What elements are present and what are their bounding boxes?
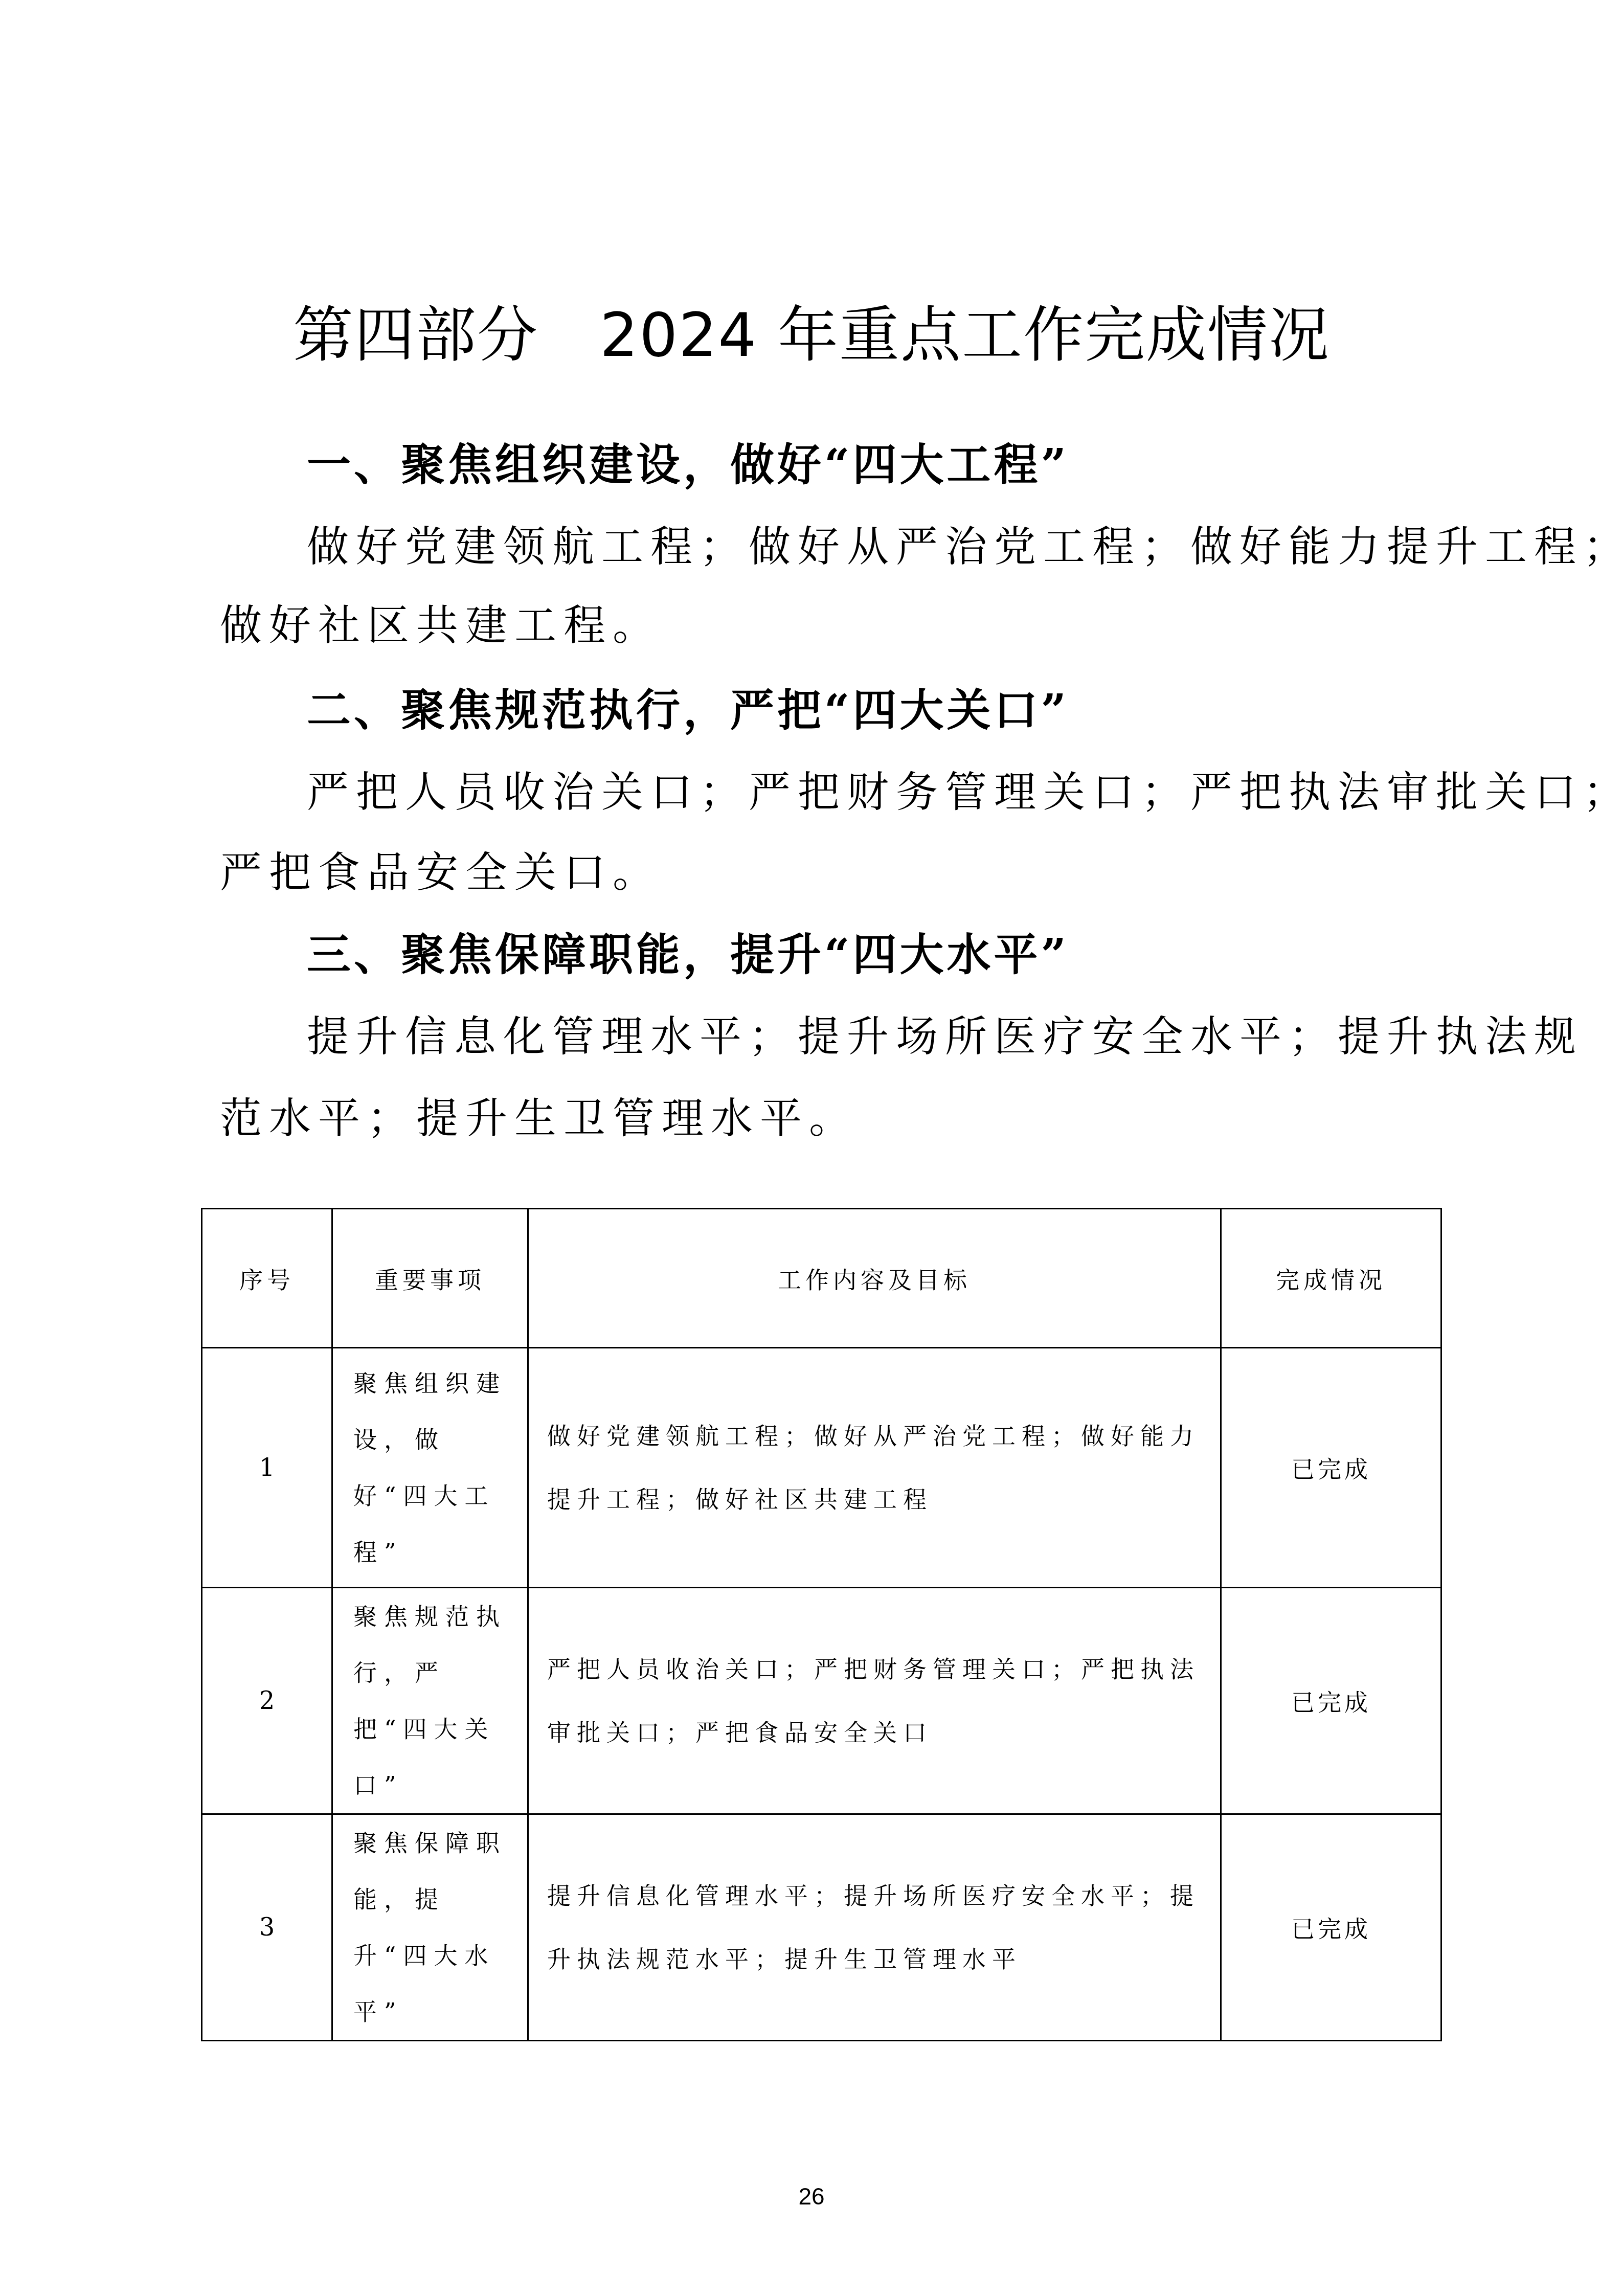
section-1-line-2: 做好社区共建工程。 — [220, 595, 662, 657]
row-item-cell: 聚焦组织建设，做好“四大工程” — [332, 1348, 528, 1588]
header-index-label: 序号 — [239, 1266, 295, 1294]
row-content-cell: 提升信息化管理水平；提升场所医疗安全水平；提升执法规范水平；提升生卫管理水平 — [528, 1814, 1221, 2041]
row-content-cell: 严把人员收治关口；严把财务管理关口；严把执法审批关口；严把食品安全关口 — [528, 1588, 1221, 1814]
section-heading-1: 一、聚焦组织建设，做好“四大工程” — [307, 437, 1069, 493]
section-heading-2: 二、聚焦规范执行，严把“四大关口” — [307, 683, 1069, 739]
table-row: 3 聚焦保障职能，提升“四大水平” 提升信息化管理水平；提升场所医疗安全水平；提… — [202, 1814, 1441, 2041]
section-3-line-2: 范水平；提升生卫管理水平。 — [220, 1088, 858, 1150]
section-3-line-1: 提升信息化管理水平；提升场所医疗安全水平；提升执法规 — [307, 1006, 1583, 1068]
page-number: 26 — [0, 2176, 1623, 2217]
row-status-cell: 已完成 — [1221, 1348, 1441, 1588]
row-status: 已完成 — [1291, 1689, 1371, 1716]
table-header-row: 序号 重要事项 工作内容及目标 完成情况 — [202, 1209, 1441, 1348]
header-status-label: 完成情况 — [1276, 1266, 1386, 1294]
row-content: 严把人员收治关口；严把财务管理关口；严把执法审批关口；严把食品安全关口 — [529, 1637, 1220, 1764]
header-content: 工作内容及目标 — [528, 1209, 1221, 1348]
row-index-cell: 1 — [202, 1348, 332, 1588]
row-content-cell: 做好党建领航工程；做好从严治党工程；做好能力提升工程；做好社区共建工程 — [528, 1348, 1221, 1588]
table-row: 1 聚焦组织建设，做好“四大工程” 做好党建领航工程；做好从严治党工程；做好能力… — [202, 1348, 1441, 1588]
row-status-cell: 已完成 — [1221, 1814, 1441, 2041]
header-content-label: 工作内容及目标 — [778, 1266, 971, 1294]
section-2-line-1: 严把人员收治关口；严把财务管理关口；严把执法审批关口； — [307, 762, 1623, 823]
row-item: 聚焦组织建设，做好“四大工程” — [333, 1355, 527, 1580]
row-status: 已完成 — [1291, 1455, 1371, 1483]
row-index: 3 — [259, 1913, 275, 1942]
header-item-label: 重要事项 — [375, 1266, 485, 1294]
section-heading-3: 三、聚焦保障职能，提升“四大水平” — [307, 927, 1069, 983]
page-title: 第四部分 2024 年重点工作完成情况 — [0, 299, 1623, 371]
header-item: 重要事项 — [332, 1209, 528, 1348]
row-content: 做好党建领航工程；做好从严治党工程；做好能力提升工程；做好社区共建工程 — [529, 1404, 1220, 1531]
section-1-line-1: 做好党建领航工程；做好从严治党工程；做好能力提升工程； — [307, 516, 1623, 578]
row-content: 提升信息化管理水平；提升场所医疗安全水平；提升执法规范水平；提升生卫管理水平 — [529, 1864, 1220, 1991]
row-status: 已完成 — [1291, 1915, 1371, 1943]
table-row: 2 聚焦规范执行，严把“四大关口” 严把人员收治关口；严把财务管理关口；严把执法… — [202, 1588, 1441, 1814]
header-index: 序号 — [202, 1209, 332, 1348]
header-status: 完成情况 — [1221, 1209, 1441, 1348]
section-2-line-2: 严把食品安全关口。 — [220, 842, 662, 904]
row-index: 2 — [259, 1686, 275, 1715]
row-item: 聚焦规范执行，严把“四大关口” — [333, 1588, 527, 1813]
work-completion-table: 序号 重要事项 工作内容及目标 完成情况 1 聚焦组织建设，做好“四大工程” 做… — [201, 1208, 1442, 2041]
row-item-cell: 聚焦规范执行，严把“四大关口” — [332, 1588, 528, 1814]
row-item-cell: 聚焦保障职能，提升“四大水平” — [332, 1814, 528, 2041]
row-index-cell: 2 — [202, 1588, 332, 1814]
row-index-cell: 3 — [202, 1814, 332, 2041]
row-item: 聚焦保障职能，提升“四大水平” — [333, 1815, 527, 2040]
row-status-cell: 已完成 — [1221, 1588, 1441, 1814]
row-index: 1 — [259, 1453, 275, 1482]
